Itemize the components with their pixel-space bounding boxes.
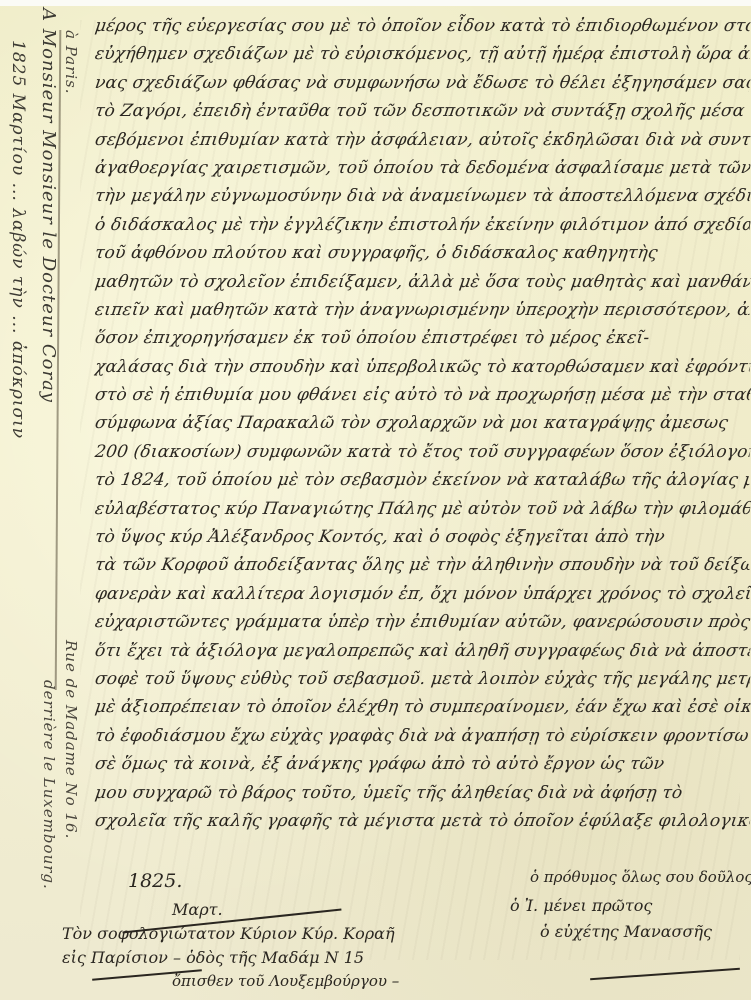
text-line: ὁ διδάσκαλος μὲ τὴν ἐγγλέζικην ἐπιστολήν… — [93, 211, 751, 239]
text-line: στὸ σὲ ἡ ἐπιθυμία μου φθάνει εἰς αὐτὸ τὸ… — [93, 381, 751, 409]
text-line: σχολεῖα τῆς καλῆς γραφῆς τὰ μέγιστα μετὰ… — [93, 807, 751, 835]
margin-address-locality: derrière le Luxembourg. — [40, 680, 58, 890]
text-line: μέρος τῆς εὐεργεσίας σου μὲ τὸ ὁποῖον εἶ… — [93, 12, 751, 40]
text-line: μου συγχαρῶ τὸ βάρος τοῦτο, ὑμεῖς τῆς ἀλ… — [93, 779, 751, 807]
text-line: ὅτι ἔχει τὰ ἀξιόλογα μεγαλοπρεπῶς καὶ ἀλ… — [93, 637, 751, 665]
text-line: σοφὲ τοῦ ὕψους εὐθὺς τοῦ σεβασμοῦ. μετὰ … — [93, 665, 751, 693]
letter-date: 1825. — [128, 870, 182, 892]
text-line: τοῦ ἀφθόνου πλούτου καὶ συγγραφῆς, ὁ διδ… — [93, 239, 751, 267]
margin-address-street: Rue de Madame No 16. — [62, 640, 80, 839]
text-line: τὸ Ζαγόρι, ἐπειδὴ ἐνταῦθα τοῦ τῶν δεσποτ… — [93, 97, 751, 125]
text-line: ειπεῖν καὶ μαθητῶν κατὰ τὴν ἀναγνωρισμέν… — [93, 296, 751, 324]
text-line: ἀγαθοεργίας χαιρετισμῶν, τοῦ ὁποίου τὰ δ… — [93, 154, 751, 182]
text-line: νας σχεδιάζων φθάσας νὰ συμφωνήσω νὰ ἔδω… — [93, 69, 751, 97]
text-line — [93, 835, 751, 863]
paper-top-edge — [0, 0, 751, 6]
text-line: τὸ ἐφοδιάσμου ἔχω εὐχὰς γραφὰς διὰ νὰ ἀγ… — [93, 722, 751, 750]
address-month: Μαρτ. — [172, 900, 223, 919]
text-line: τὴν μεγάλην εὐγνωμοσύνην διὰ νὰ ἀναμείνω… — [93, 182, 751, 210]
text-line: μαθητῶν τὸ σχολεῖον ἐπιδείξαμεν, ἀλλὰ μὲ… — [93, 268, 751, 296]
address-recipient: Τὸν σοφολογιώτατον Κύριον Κύρ. Κοραῆ — [62, 924, 395, 943]
closing-line: ὁ Ἰ. μένει πρῶτος — [510, 896, 652, 915]
text-line: μὲ ἀξιοπρέπειαν τὸ ὁποῖον ἐλέχθη τὸ συμπ… — [93, 693, 751, 721]
signature-name: ὁ εὐχέτης Μανασσῆς — [540, 922, 712, 941]
margin-address-recipient: A Monsieur Monsieur le Docteur Coray — [38, 8, 59, 403]
text-line: ὅσον ἐπιχορηγήσαμεν ἐκ τοῦ ὁποίου ἐπιστρ… — [93, 324, 751, 352]
text-line: σεβόμενοι ἐπιθυμίαν κατὰ τὴν ἀσφάλειαν, … — [93, 126, 751, 154]
text-line: τὰ τῶν Κορφοῦ ἀποδείξαντας ὅλης μὲ τὴν ἀ… — [93, 551, 751, 579]
text-line: σὲ ὅμως τὰ κοινὰ, ἐξ ἀνάγκης γράφω ἀπὸ τ… — [93, 750, 751, 778]
address-locality: ὄπισθεν τοῦ Λουξεμβούργου – — [172, 972, 399, 990]
margin-address-city: à Paris. — [62, 30, 80, 95]
text-line: εὐχαριστῶντες γράμματα ὑπὲρ τὴν ἐπιθυμία… — [93, 608, 751, 636]
signature-flourish — [590, 968, 740, 980]
text-line: 200 (διακοσίων) συμφωνῶν κατὰ τὸ ἔτος το… — [93, 438, 751, 466]
text-line: φανερὰν καὶ καλλίτερα λογισμόν ἐπ, ὄχι μ… — [93, 580, 751, 608]
closing-salutation: ὁ πρόθυμος ὅλως σου δοῦλος — [530, 868, 751, 886]
text-line: εὐχήθημεν σχεδιάζων μὲ τὸ εὐρισκόμενος, … — [93, 40, 751, 68]
margin-note-greek: 1825 Μαρτίου ... λαβών τὴν ... ἀπόκρισιν — [8, 40, 28, 439]
text-line: τὸ ὕψος κύρ Ἀλέξανδρος Κοντός, καὶ ὁ σοφ… — [93, 523, 751, 551]
letter-page: 1825 Μαρτίου ... λαβών τὴν ... ἀπόκρισιν… — [0, 0, 751, 1000]
text-line: τὸ 1824, τοῦ ὁποίου μὲ τὸν σεβασμὸν ἐκεί… — [93, 466, 751, 494]
text-line: σύμφωνα ἀξίας Παρακαλῶ τὸν σχολαρχῶν νὰ … — [93, 409, 751, 437]
address-street: εἰς Παρίσιον – ὁδὸς τῆς Μαδάμ N 15 — [62, 948, 364, 967]
text-line: εὐλαβέστατος κύρ Παναγιώτης Πάλης μὲ αὐτ… — [93, 495, 751, 523]
text-line: χαλάσας διὰ τὴν σπουδὴν καὶ ὑπερβολικῶς … — [93, 353, 751, 381]
letter-body: μέρος τῆς εὐεργεσίας σου μὲ τὸ ὁποῖον εἶ… — [95, 12, 750, 864]
